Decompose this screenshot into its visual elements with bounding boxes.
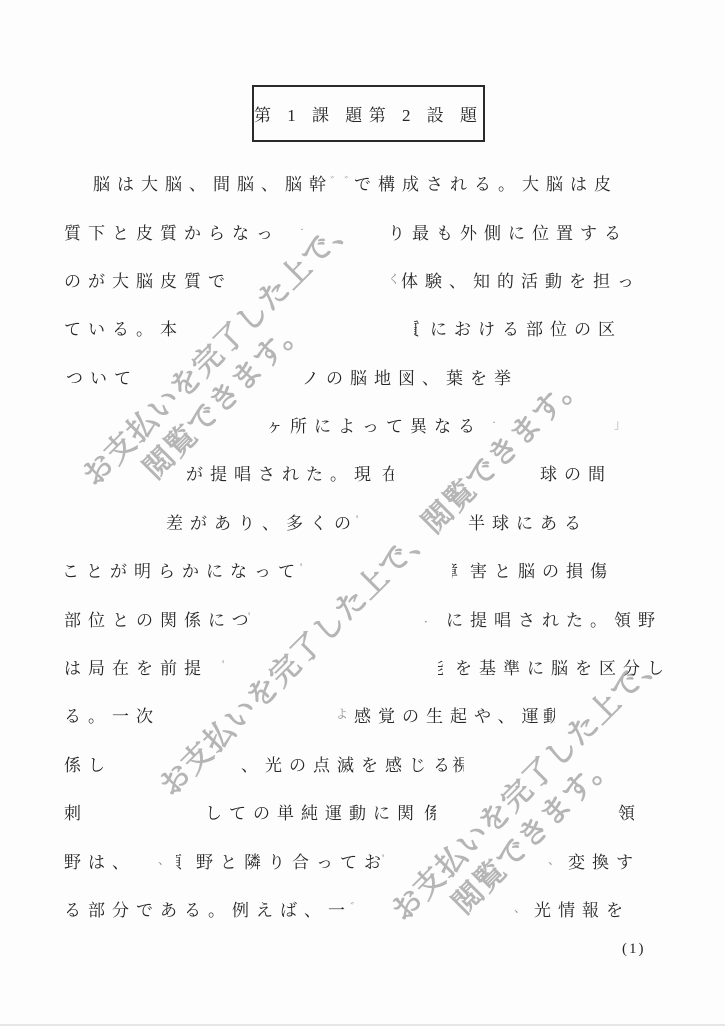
text-segment: 光情報を bbox=[534, 896, 630, 921]
text-segment: における部位の区 bbox=[430, 315, 622, 340]
text-segment: 係し bbox=[64, 751, 112, 776]
text-segment: 差があり、多くの bbox=[166, 509, 358, 534]
text-segment: を基準に脳を区分し bbox=[455, 654, 671, 679]
text-segment: 刺 bbox=[64, 799, 88, 824]
title-right: 第 2 設 題 bbox=[369, 101, 483, 126]
text-segment: · bbox=[300, 222, 306, 237]
text-segment: 在 bbox=[382, 460, 394, 485]
partial-glyph: 能 bbox=[438, 654, 450, 679]
body-line: 刺しての単純運動に関係領 bbox=[0, 799, 725, 825]
text-segment: ことが明らかになって bbox=[62, 557, 302, 582]
partial-glyph: 視 bbox=[452, 751, 464, 776]
text-segment: 質 bbox=[414, 315, 426, 340]
partial-glyph: 質 bbox=[414, 315, 426, 340]
text-segment: ' bbox=[382, 851, 386, 866]
title-left: 第 1 課 題 bbox=[254, 101, 368, 126]
text-segment: る部分である。例えば、一 bbox=[64, 896, 352, 921]
body-line: 差があり、多くの'半球にある bbox=[0, 509, 725, 535]
text-segment: る。一次 bbox=[64, 702, 160, 727]
text-segment: 感覚の生起や、運 bbox=[354, 702, 546, 727]
text-segment: 半球にある bbox=[468, 509, 588, 534]
text-segment: 、 bbox=[514, 899, 528, 916]
body-line: が提唱された。現在球の間 bbox=[0, 460, 725, 486]
text-segment: しての単純運動に関 bbox=[205, 799, 421, 824]
text-segment: 質下と皮質からなっ bbox=[64, 219, 280, 244]
text-segment: で構成される。大脳は皮 bbox=[354, 170, 618, 195]
text-segment: く bbox=[388, 270, 402, 287]
text-segment: 体験、知的活動を担っ bbox=[401, 267, 641, 292]
text-segment: ノの脳地図、葉を挙 bbox=[302, 364, 518, 389]
text-segment: ついて bbox=[66, 364, 138, 389]
text-segment: 変換す bbox=[568, 848, 640, 873]
text-segment: ヶ所によって異なる bbox=[266, 412, 482, 437]
text-segment: 能 bbox=[438, 654, 450, 679]
text-segment: ' bbox=[356, 512, 360, 527]
document-page: 第 1 課 題第 2 設 題 お支払いを完了した上で、閲覧できます。お支払いを完… bbox=[0, 0, 725, 1026]
text-segment: よ bbox=[336, 705, 350, 722]
text-segment: · bbox=[492, 415, 498, 430]
body-line: る部分である。例えば、一゛、光情報を bbox=[0, 896, 725, 922]
text-segment: 障 bbox=[452, 557, 464, 582]
body-line: のが大脳皮質でく体験、知的活動を担っ bbox=[0, 267, 725, 293]
text-segment: 視 bbox=[452, 751, 464, 776]
text-segment: 、 bbox=[158, 851, 172, 868]
text-segment: ている。本 bbox=[64, 315, 184, 340]
text-segment: 、 bbox=[548, 851, 562, 868]
text-segment: は局在を前提 bbox=[64, 654, 208, 679]
text-segment: ゛ bbox=[350, 899, 364, 916]
partial-glyph: 動 bbox=[543, 702, 555, 727]
body-line: ついてノの脳地図、葉を挙 bbox=[0, 364, 725, 390]
text-segment: ． bbox=[424, 609, 438, 626]
partial-glyph: 領 bbox=[176, 848, 188, 873]
text-segment: 脳は大脳、間脳、脳幹 bbox=[93, 170, 333, 195]
partial-glyph: 障 bbox=[452, 557, 464, 582]
body-line: は局在を前提'能を基準に脳を区分し bbox=[0, 654, 725, 680]
text-segment: ' bbox=[248, 609, 252, 624]
text-segment: ' bbox=[300, 560, 304, 575]
body-line: 野は、、領野と隣り合ってお'、変換す bbox=[0, 848, 725, 874]
body-line: 係し、光の点滅を感じる視 bbox=[0, 751, 725, 777]
title-box: 第 1 課 題第 2 設 題 bbox=[252, 85, 485, 142]
text-segment: 野と隣り合ってお bbox=[196, 848, 388, 873]
text-segment: 野は、 bbox=[64, 848, 136, 873]
partial-glyph: 係 bbox=[424, 799, 436, 824]
body-line: 部位との関係につ'．に提唱された。領野 bbox=[0, 606, 725, 632]
text-segment: に提唱された。領野 bbox=[446, 606, 662, 631]
text-segment: が提唱された。現 bbox=[186, 460, 378, 485]
partial-glyph: 在 bbox=[382, 460, 394, 485]
text-segment: 部位との関係につ bbox=[64, 606, 256, 631]
text-segment: のが大脳皮質で bbox=[64, 267, 232, 292]
text-segment: 、光の点滅を感じる bbox=[241, 751, 457, 776]
body-line: ヶ所によって異なる·」 bbox=[0, 412, 725, 438]
body-line: ている。本質における部位の区 bbox=[0, 315, 725, 341]
text-segment: ' bbox=[222, 657, 226, 672]
body-line: る。一次よ感覚の生起や、運動 bbox=[0, 702, 725, 728]
text-segment: 動 bbox=[543, 702, 555, 727]
text-segment: 球の間 bbox=[540, 460, 612, 485]
text-segment: り最も外側に位置する bbox=[388, 219, 628, 244]
text-segment: 」 bbox=[614, 415, 628, 432]
text-segment: 係 bbox=[424, 799, 436, 824]
body-line: 質下と皮質からなっ·り最も外側に位置する bbox=[0, 219, 725, 245]
text-segment: 領 bbox=[618, 799, 642, 824]
body-line: ことが明らかになって'障害と脳の損傷 bbox=[0, 557, 725, 583]
body-line: 脳は大脳、間脳、脳幹゛゛で構成される。大脳は皮 bbox=[0, 170, 725, 196]
page-number: (1) bbox=[622, 941, 646, 958]
text-segment: 害と脳の損傷 bbox=[470, 557, 614, 582]
text-segment: 領 bbox=[176, 848, 188, 873]
